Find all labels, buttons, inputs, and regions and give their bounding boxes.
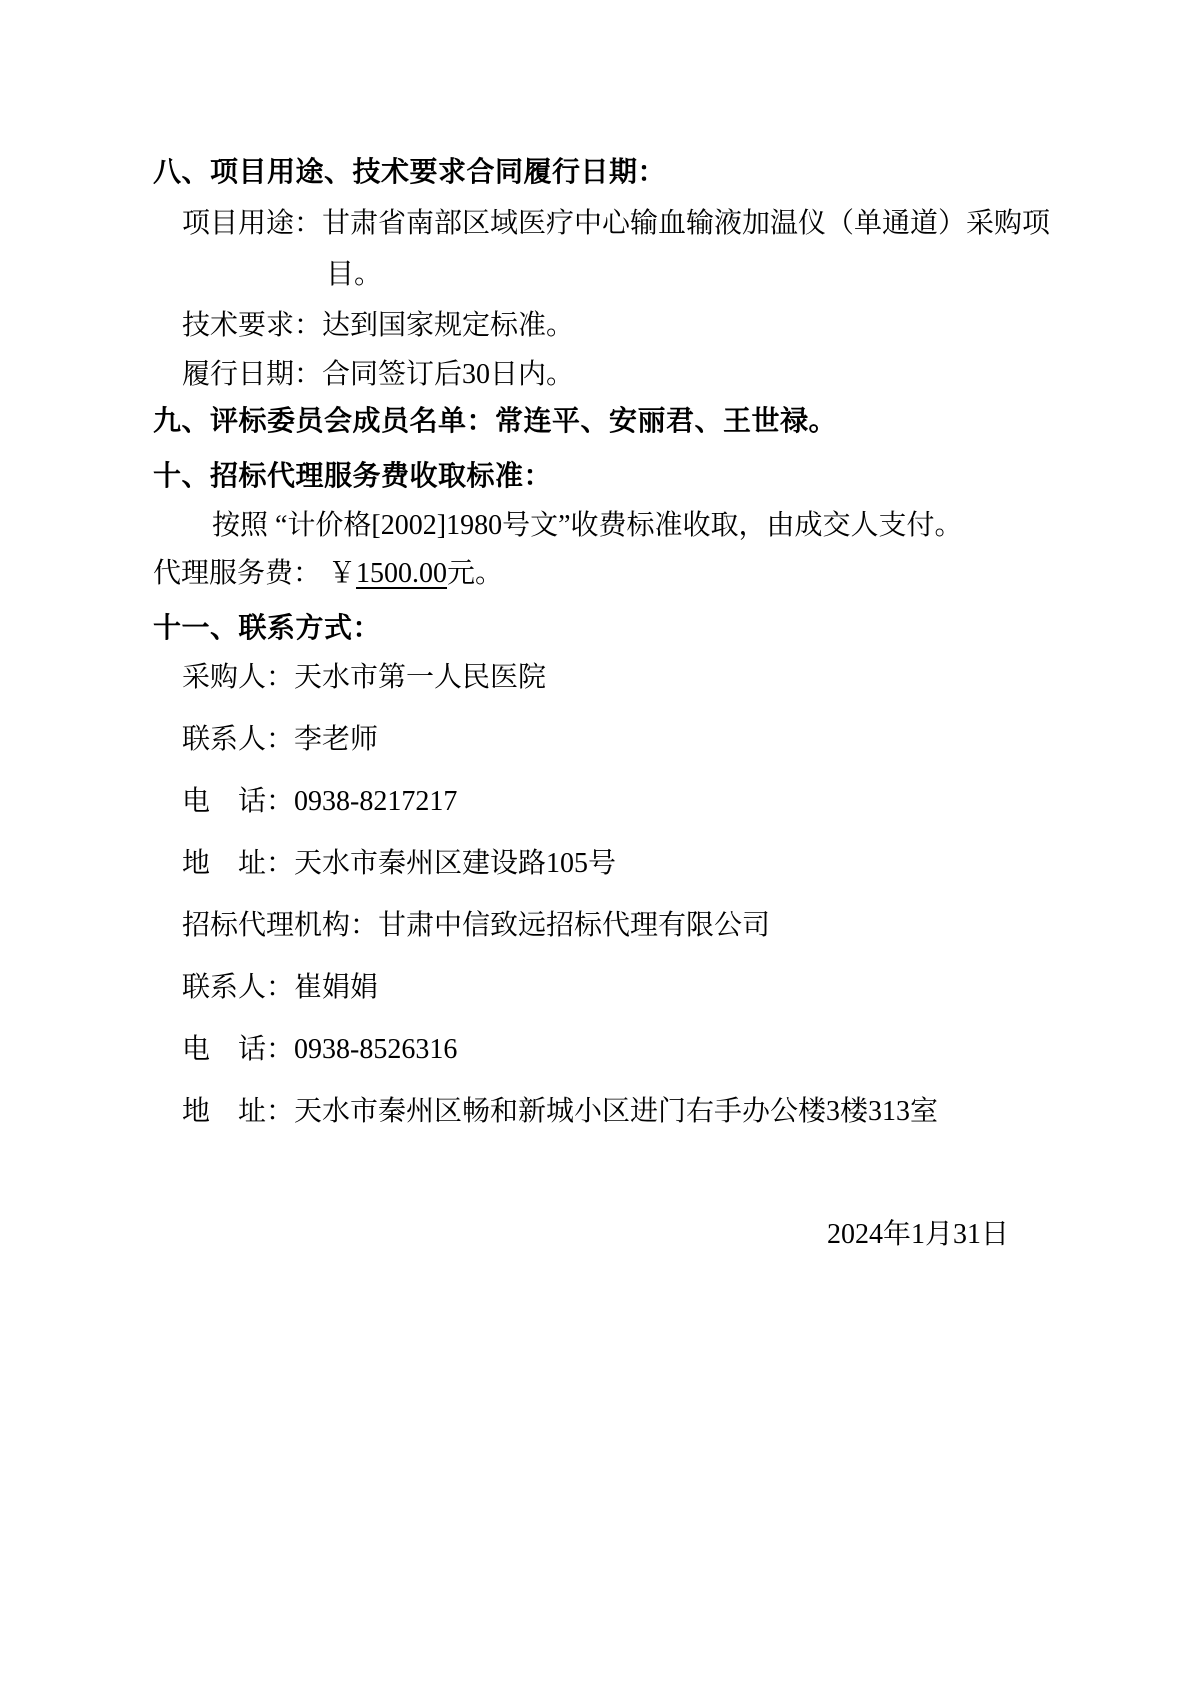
project-usage-line-2: 目。 (326, 260, 382, 290)
phone-line-2: 电 话：0938-8526316 (182, 1035, 457, 1065)
document-page: 八、项目用途、技术要求合同履行日期： 项目用途：甘肃省南部区域医疗中心输血输液加… (0, 0, 1191, 1684)
address-line-1: 地 址：天水市秦州区建设路105号 (182, 849, 616, 879)
section-10-heading: 十、招标代理服务费收取标准： (153, 461, 552, 491)
fee-prefix: 代理服务费： ￥ (153, 558, 356, 589)
agency-fee-line: 代理服务费： ￥1500.00元。 (153, 559, 503, 589)
fee-amount-underlined: 1500.00 (356, 558, 447, 589)
project-usage-line-1: 项目用途：甘肃省南部区域医疗中心输血输液加温仪（单通道）采购项 (182, 209, 1050, 239)
section-9-heading: 九、评标委员会成员名单：常连平、安丽君、王世禄。 (153, 406, 837, 436)
section-11-heading: 十一、联系方式： (153, 613, 381, 643)
phone-line-1: 电 话：0938-8217217 (182, 787, 457, 817)
address-line-2: 地 址：天水市秦州区畅和新城小区进门右手办公楼3楼313室 (182, 1097, 938, 1127)
contact-person-line-2: 联系人：崔娟娟 (182, 973, 378, 1003)
performance-date-line: 履行日期：合同签订后30日内。 (182, 360, 574, 390)
document-date: 2024年1月31日 (827, 1220, 1009, 1250)
fee-suffix: 元。 (447, 558, 503, 589)
technical-requirement-line: 技术要求：达到国家规定标准。 (182, 311, 574, 341)
contact-person-line-1: 联系人：李老师 (182, 725, 378, 755)
section-8-heading: 八、项目用途、技术要求合同履行日期： (153, 157, 666, 187)
purchaser-line: 采购人：天水市第一人民医院 (182, 663, 546, 693)
bidding-agency-line: 招标代理机构：甘肃中信致远招标代理有限公司 (182, 911, 770, 941)
fee-standard-line: 按照 “计价格[2002]1980号文”收费标准收取，由成交人支付。 (212, 511, 963, 541)
